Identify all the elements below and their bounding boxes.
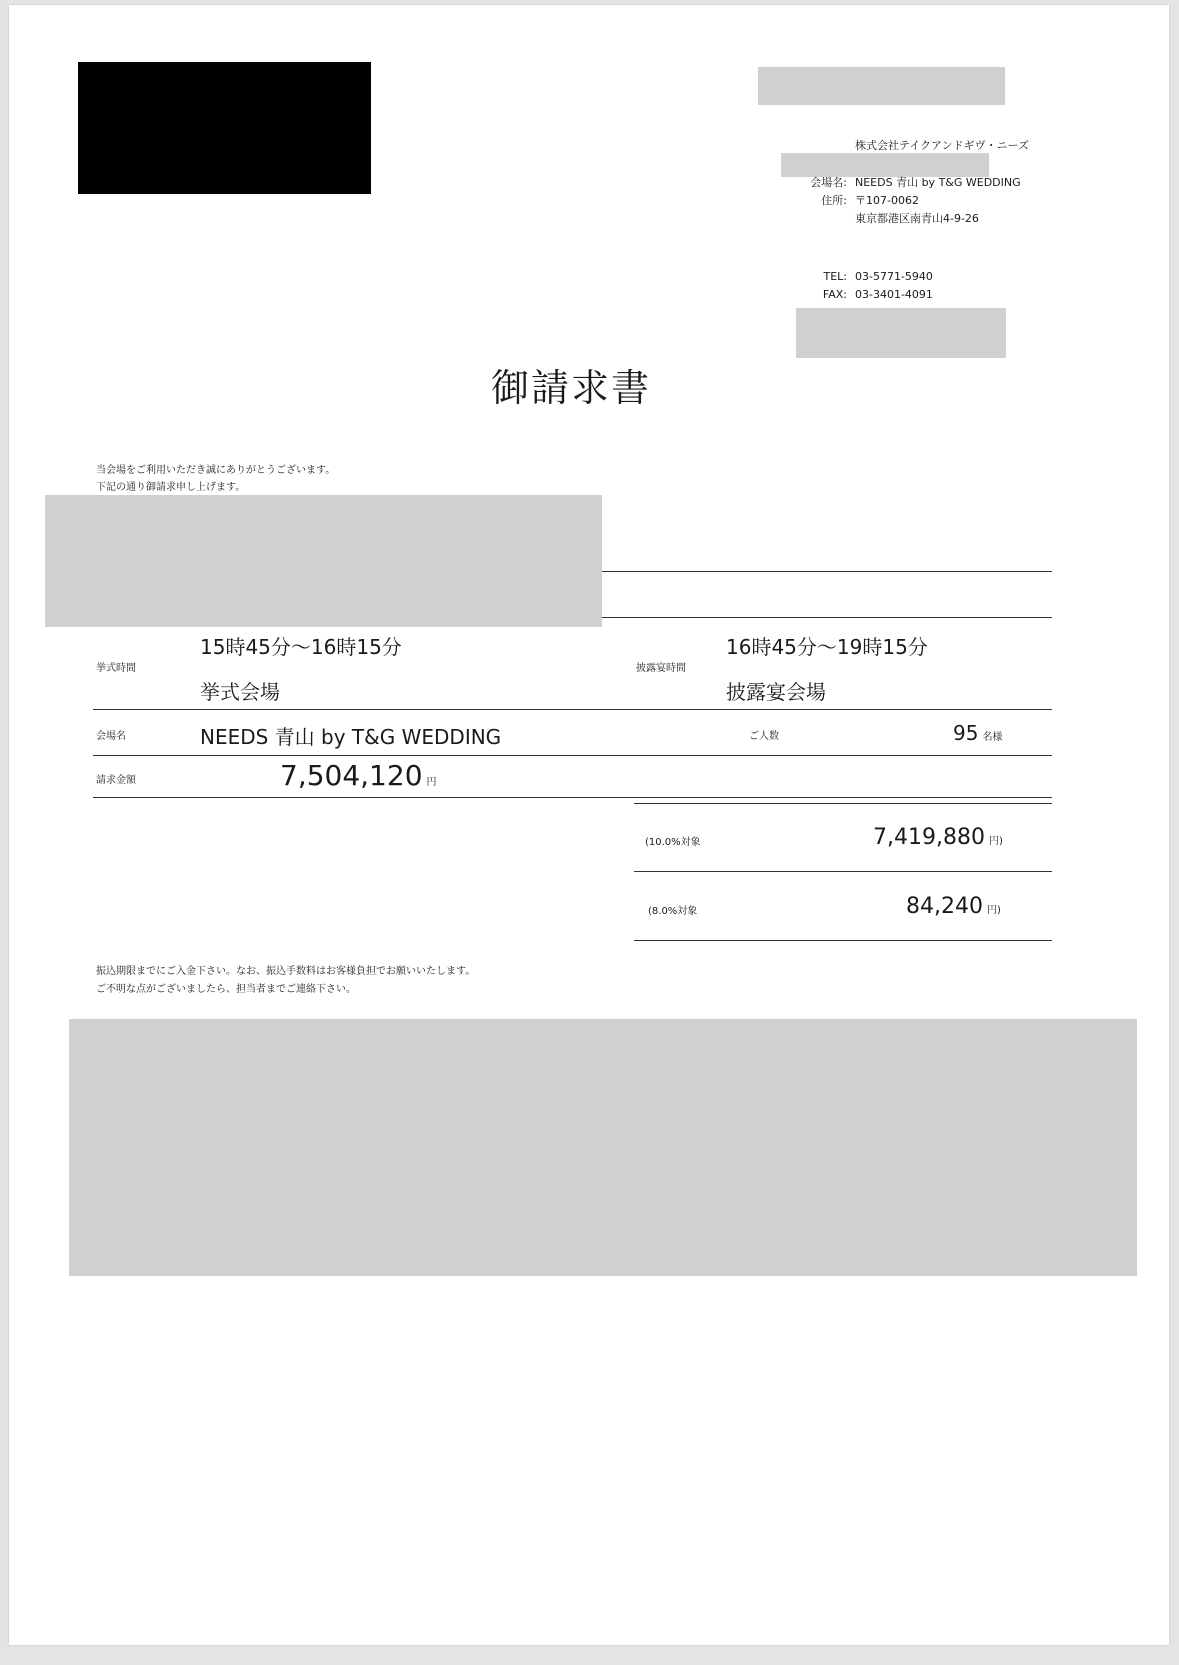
divider: [93, 755, 1052, 756]
tel-value: 03-5771-5940: [855, 269, 933, 284]
divider: [93, 797, 1052, 798]
divider: [602, 617, 1052, 618]
redacted-block-recipient: [45, 495, 602, 627]
tax-10-unit: 円): [989, 836, 1003, 847]
tax-8-amount-group: 84,240円): [906, 894, 1001, 919]
venue-name-label: 会場名: [96, 727, 126, 742]
venue-name: NEEDS 青山 by T&G WEDDING: [200, 721, 501, 750]
address: 東京都港区南青山4-9-26: [855, 211, 979, 226]
divider: [93, 709, 1052, 710]
invoice-page: 株式会社テイクアンドギヴ・ニーズ 会場名: NEEDS 青山 by T&G WE…: [9, 5, 1169, 1645]
venue-label: 会場名:: [787, 175, 847, 190]
redacted-block-company-sub: [781, 153, 989, 177]
redacted-block-top-right: [758, 67, 1005, 105]
greeting-line-1: 当会場をご利用いただき誠にありがとうございます。: [96, 461, 335, 476]
billing-unit: 円: [427, 777, 437, 788]
footer-note-2: ご不明な点がございましたら、担当者までご連絡下さい。: [96, 980, 356, 995]
ceremony-time-label: 挙式時間: [96, 659, 136, 674]
reception-place: 披露宴会場: [726, 676, 826, 705]
greeting-line-2: 下記の通り御請求申し上げます。: [96, 478, 245, 493]
billing-label: 請求金額: [96, 771, 136, 786]
billing-amount: 7,504,120: [280, 759, 423, 792]
footer-note-1: 振込期限までにご入金下さい。なお、振込手数料はお客様負担でお願いいたします。: [96, 962, 475, 977]
guests-label: ご人数: [749, 727, 779, 742]
redacted-logo: [78, 62, 371, 194]
tax-8-label: (8.0%対象: [648, 902, 697, 917]
billing-amount-group: 7,504,120円: [280, 759, 437, 792]
postal-code: 〒107-0062: [855, 193, 919, 208]
redacted-block-bank-info: [69, 1019, 1137, 1276]
tax-10-label: (10.0%対象: [645, 833, 701, 848]
tax-8-unit: 円): [987, 905, 1001, 916]
reception-time-label: 披露宴時間: [636, 659, 686, 674]
tax-10-amount: 7,419,880: [873, 825, 985, 850]
company-name: 株式会社テイクアンドギヴ・ニーズ: [855, 138, 1029, 153]
guests-count: 95名様: [953, 721, 1002, 745]
divider: [634, 871, 1052, 872]
divider: [634, 940, 1052, 941]
tax-10-amount-group: 7,419,880円): [873, 825, 1003, 850]
venue-value: NEEDS 青山 by T&G WEDDING: [855, 175, 1021, 190]
ceremony-time: 15時45分〜16時15分: [200, 631, 402, 660]
fax-label: FAX:: [787, 287, 847, 302]
guests-unit: 名様: [982, 732, 1002, 743]
guests-value: 95: [953, 721, 978, 745]
reception-time: 16時45分〜19時15分: [726, 631, 928, 660]
ceremony-place: 挙式会場: [200, 676, 280, 705]
fax-value: 03-3401-4091: [855, 287, 933, 302]
divider: [634, 803, 1052, 804]
tax-8-amount: 84,240: [906, 894, 983, 919]
address-label: 住所:: [787, 193, 847, 208]
redacted-block-contact: [796, 308, 1006, 358]
divider: [602, 571, 1052, 572]
page-title: 御請求書: [491, 357, 651, 412]
tel-label: TEL:: [787, 269, 847, 284]
